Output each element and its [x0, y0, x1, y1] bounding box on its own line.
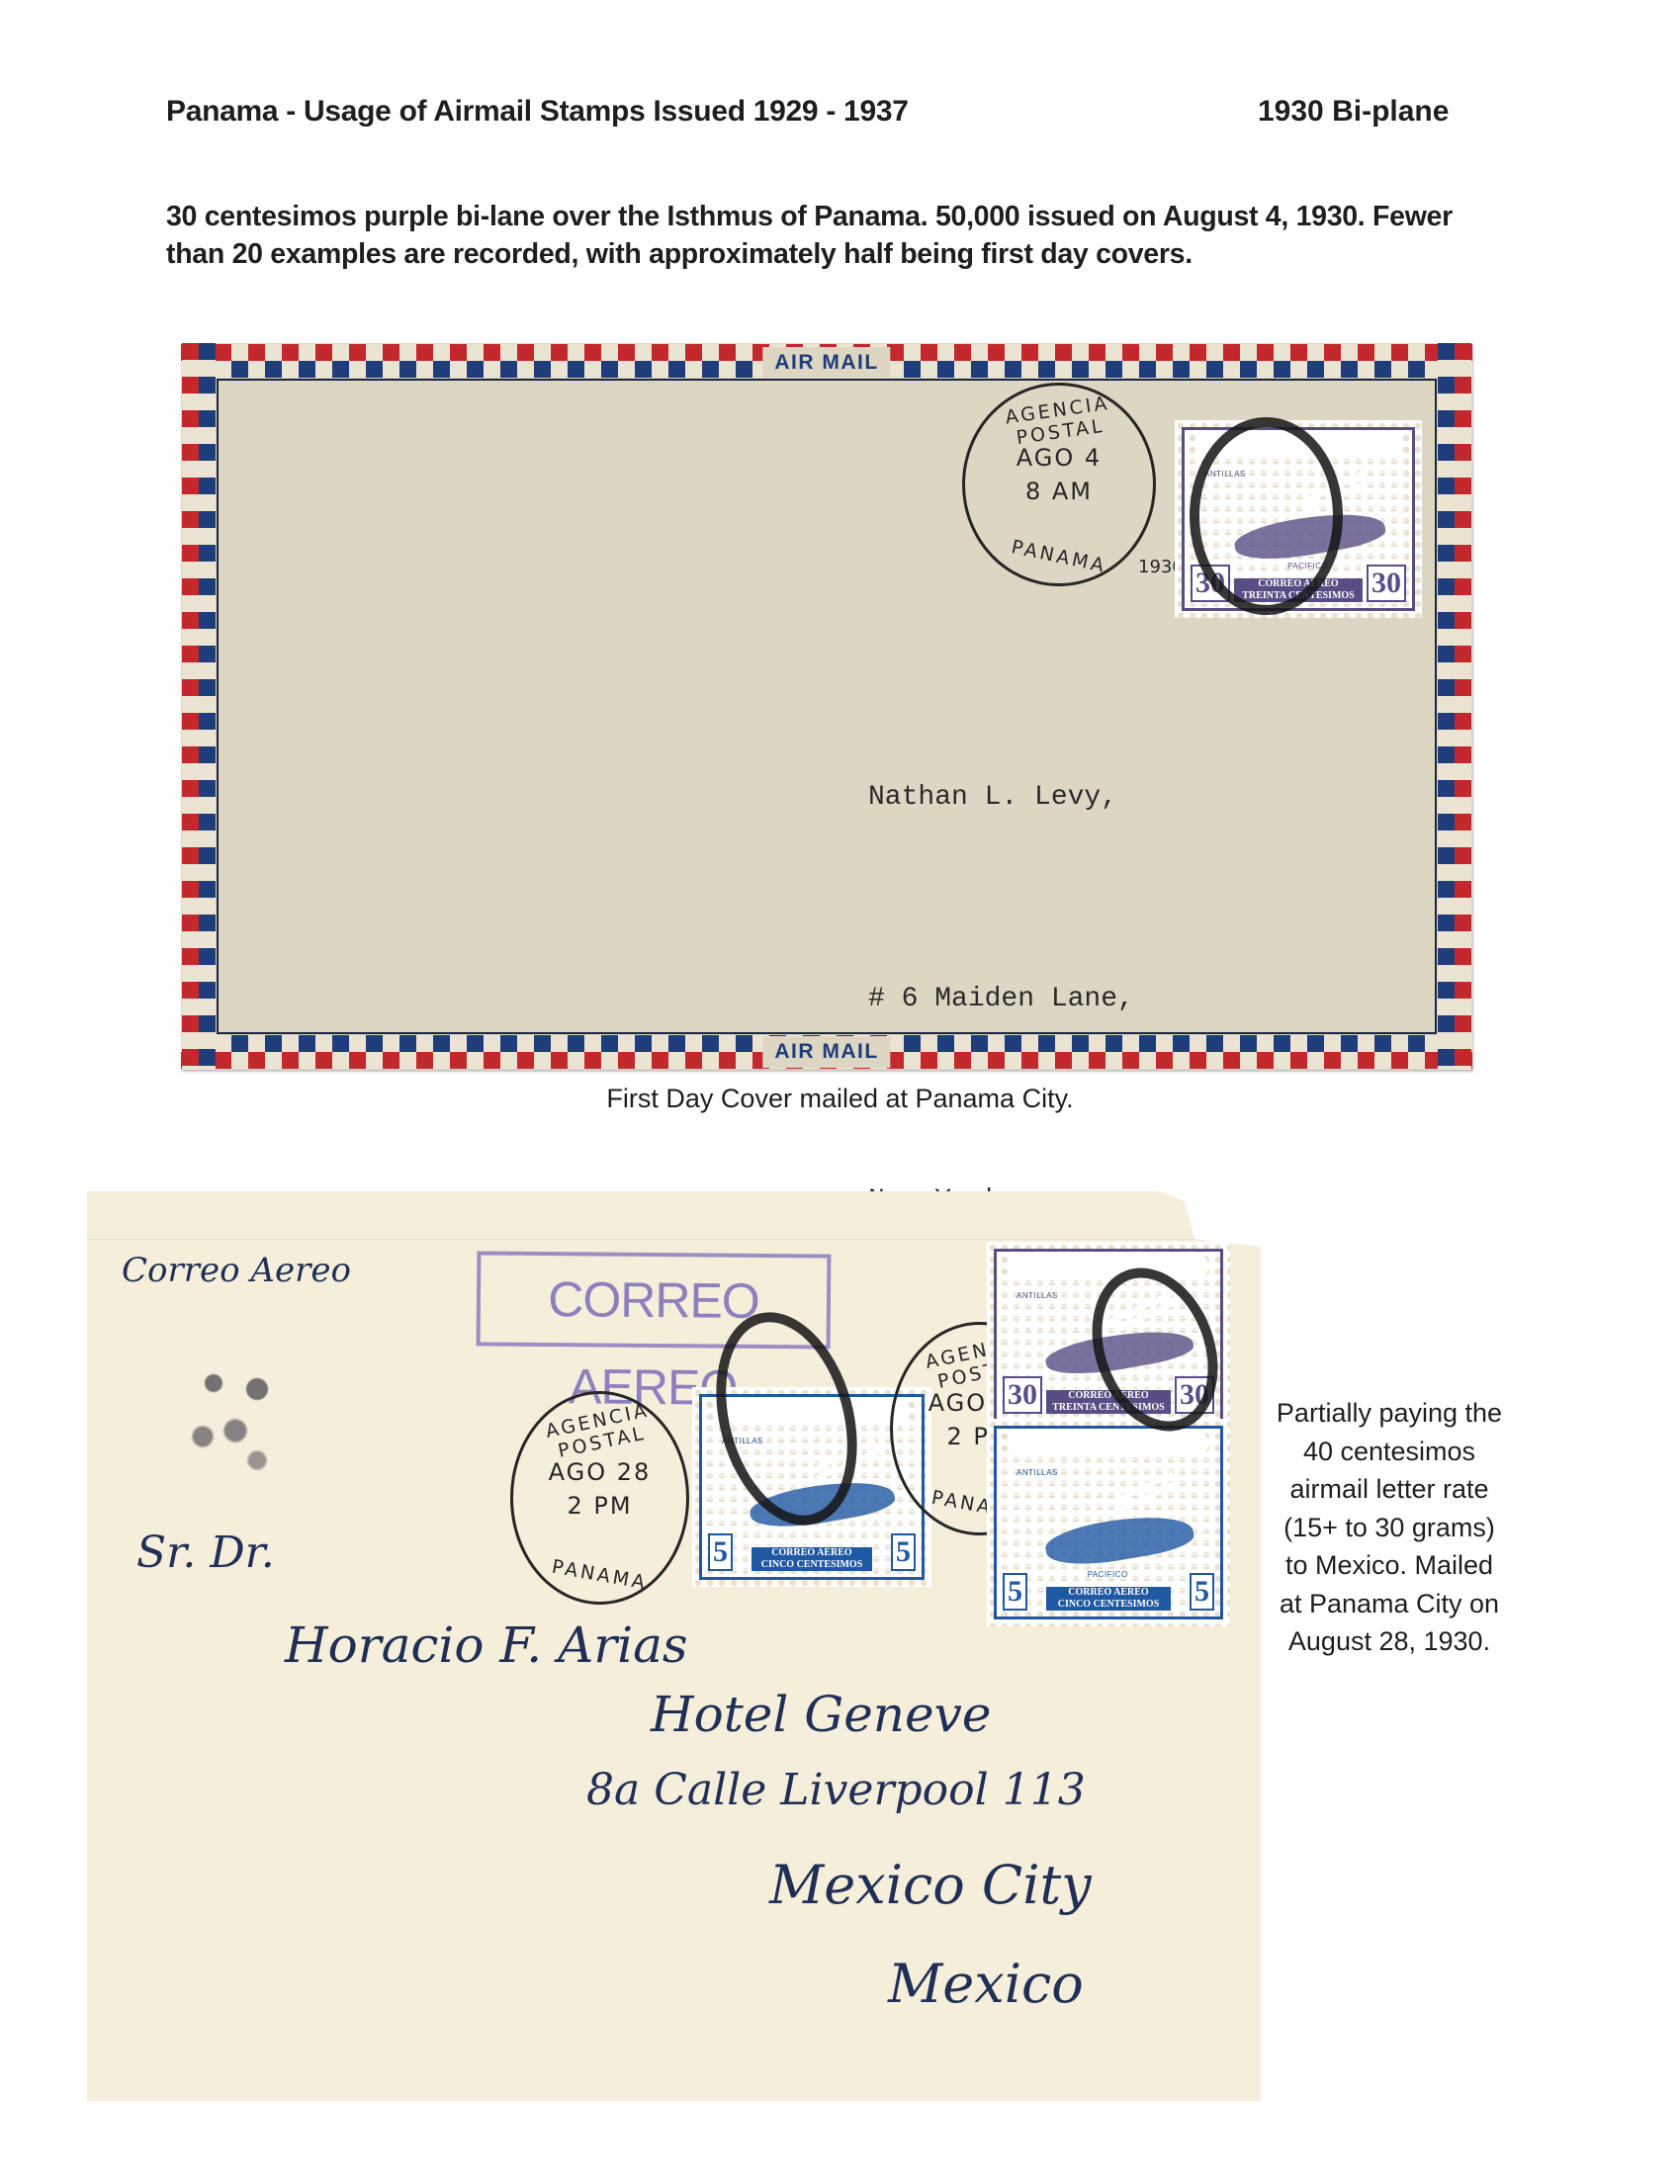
stamp-5c-blue-right: REPUBLICA DE PANAMA ANTILLAS PACIFICO 5 …	[987, 1419, 1230, 1626]
stamp-value-right: 30	[1367, 565, 1406, 602]
postmark-ring-bottom: PANAMA	[512, 1549, 686, 1601]
first-day-cover: AIR MAIL AIR MAIL AGENCIA POSTAL AGO 4 8…	[181, 343, 1472, 1070]
address-line: Nathan L. Levy,	[868, 764, 1134, 831]
page-subtitle: 1930 Bi-plane	[1258, 95, 1449, 129]
cover1-caption: First Day Cover mailed at Panama City.	[0, 1084, 1680, 1114]
ink-smudge	[181, 1359, 290, 1478]
postmark-time-text: 8 AM	[965, 475, 1153, 508]
biplane-icon	[1109, 1472, 1175, 1506]
mexico-cover: Correo Aereo CORREO AEREO Sr. Dr. AGENCI…	[87, 1191, 1261, 2101]
handwritten-country: Mexico	[888, 1953, 1084, 2015]
stamp-value-right: 5	[1190, 1573, 1214, 1611]
handwritten-salutation: Sr. Dr.	[136, 1528, 275, 1578]
postmark-left: AGENCIA POSTAL AGO 28 2 PM PANAMA	[510, 1391, 689, 1605]
intro-text: 30 centesimos purple bi-lane over the Is…	[166, 198, 1491, 273]
stamp-country: REPUBLICA DE PANAMA	[1018, 1259, 1197, 1274]
handwritten-correo-aereo: Correo Aereo	[122, 1251, 351, 1290]
stamp-label-antillas: ANTILLAS	[1017, 1468, 1058, 1477]
postmark-date: AGO 4 8 AM	[965, 441, 1153, 508]
address-line: # 6 Maiden Lane,	[868, 966, 1134, 1033]
postmark-circular: AGENCIA POSTAL AGO 4 8 AM PANAMA	[962, 383, 1156, 586]
stamp-label-pacifico: PACIFICO	[1088, 1570, 1128, 1579]
stamp-caption: CORREO AEREO	[1046, 1587, 1171, 1599]
stamp-country: REPUBLICA DE PANAMA	[1018, 1436, 1197, 1451]
handwritten-addressee: Horacio F. Arias	[285, 1616, 688, 1674]
postmark-date-text: AGO 4	[965, 441, 1153, 475]
stamp-caption: CORREO AEREO	[752, 1547, 872, 1559]
cover2-side-note: Partially paying the 40 centesimos airma…	[1271, 1394, 1508, 1661]
stamp-value-right: 5	[891, 1533, 916, 1571]
stamp-denomination: CINCO CENTESIMOS	[1046, 1599, 1171, 1611]
envelope-crease	[87, 1239, 1261, 1240]
page-title: Panama - Usage of Airmail Stamps Issued …	[166, 95, 909, 129]
duplex-cancel	[1190, 417, 1343, 615]
isthmus-map-icon	[1042, 1508, 1195, 1573]
stamp-denomination: CINCO CENTESIMOS	[752, 1559, 872, 1571]
postmark-time-text: 2 PM	[513, 1489, 686, 1523]
stamp-value-left: 5	[708, 1533, 733, 1571]
airmail-label-top: AIR MAIL	[762, 347, 890, 379]
postmark-date-text: AGO 28	[513, 1455, 686, 1489]
stamp-label-antillas: ANTILLAS	[1017, 1291, 1058, 1300]
handwritten-city: Mexico City	[769, 1854, 1092, 1916]
stamp-value-left: 5	[1003, 1573, 1027, 1611]
stamp-value-left: 30	[1003, 1376, 1042, 1414]
handwritten-hotel: Hotel Geneve	[651, 1686, 991, 1743]
handwritten-street: 8a Calle Liverpool 113	[586, 1765, 1086, 1815]
